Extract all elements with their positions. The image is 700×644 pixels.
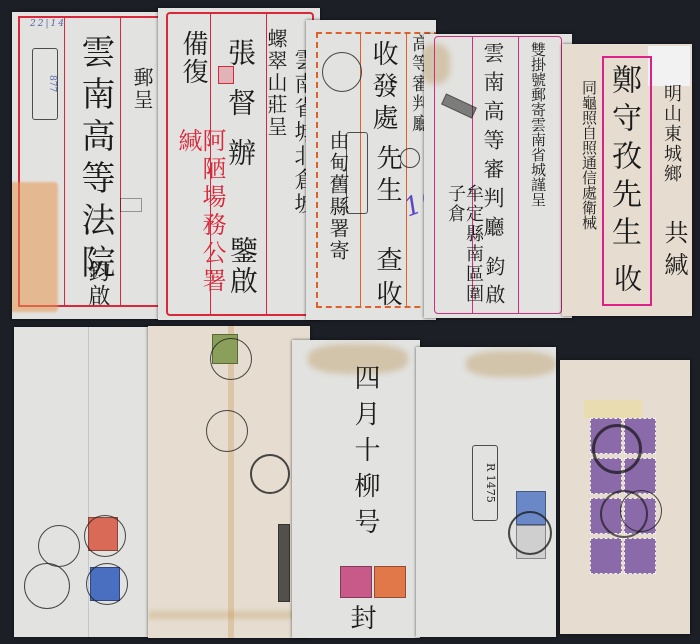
water-stain bbox=[466, 351, 556, 377]
orange-stamp bbox=[374, 566, 406, 598]
seal-character: 封 bbox=[348, 604, 374, 632]
purple-stamp bbox=[624, 538, 656, 574]
closing-column: 鈞啟 bbox=[86, 260, 108, 308]
bottom-strip bbox=[148, 612, 310, 618]
date-column: 四月十柳号 bbox=[352, 364, 378, 544]
column-divider bbox=[120, 16, 121, 307]
cover-5-back bbox=[560, 360, 690, 634]
postmark bbox=[600, 490, 648, 538]
column-divider bbox=[518, 36, 519, 314]
registered-column: 雙掛號郵寄雲南省城謹呈 bbox=[530, 42, 545, 207]
postmark-on-stamp bbox=[86, 563, 128, 605]
cover-2-back bbox=[148, 326, 310, 638]
cover-1-back bbox=[14, 327, 150, 637]
cover-5-front: 同龜照自照通信處衛械 鄭守孜先生 收 明山東城鄉 共緘 bbox=[562, 44, 692, 316]
postmark bbox=[508, 511, 552, 555]
sender-column: 明山東城鄉 bbox=[662, 84, 680, 184]
small-postmark bbox=[400, 148, 420, 168]
sender-column: 牟定縣南區圍子倉 bbox=[446, 184, 482, 318]
purple-stamp bbox=[590, 538, 622, 574]
registration-chop: 877 bbox=[32, 48, 58, 120]
registration-chop bbox=[346, 132, 368, 214]
cover-1-front: 22|14 877 郵呈 雲南高等法院 鈞啟 bbox=[12, 12, 162, 319]
postmark bbox=[38, 525, 80, 567]
postmark-on-stamp bbox=[84, 515, 126, 557]
cover-4-back: R 1475 bbox=[416, 347, 556, 637]
postmark bbox=[592, 424, 642, 474]
closing-column: 查收 bbox=[374, 246, 400, 314]
ink-chop bbox=[278, 524, 290, 602]
sender-suffix: 共緘 bbox=[662, 220, 686, 284]
column-divider bbox=[406, 32, 407, 308]
cover-3-back: 四月十柳号 封 bbox=[292, 340, 420, 638]
torn-corner bbox=[648, 46, 690, 86]
postmark bbox=[206, 410, 248, 452]
postmark bbox=[210, 338, 252, 380]
postmark bbox=[322, 52, 362, 92]
sender-column: 由甸舊縣署寄 bbox=[328, 130, 348, 262]
column-divider bbox=[64, 16, 65, 307]
closing-column: 鈞啟 bbox=[484, 256, 504, 312]
address-column: 郵呈 bbox=[132, 67, 152, 111]
orange-seal-stamp bbox=[12, 182, 58, 312]
pink-stamp bbox=[340, 566, 372, 598]
cover-2-front: 備復 阿陋場務公署緘 張督辦 鑒啟 螺翠山莊呈 雲南省城北倉坡 bbox=[158, 8, 320, 320]
addressee-column: 鄭守孜先生 bbox=[608, 64, 638, 254]
addressee-name-column: 張督辦 bbox=[226, 38, 254, 188]
closing-column: 鑒啟 bbox=[228, 236, 256, 296]
reply-mark: 備復 bbox=[180, 30, 206, 86]
sender-red-column: 阿陋場務公署緘 bbox=[176, 128, 224, 320]
postmark bbox=[24, 563, 70, 609]
postmark bbox=[250, 454, 290, 494]
addressee-column: 雲南高等法院 bbox=[78, 34, 112, 286]
addressee-column: 雲南高等審判廳 bbox=[482, 42, 503, 245]
left-address-column: 同龜照自照通信處衛械 bbox=[572, 80, 596, 230]
cover-4-front: 牟定縣南區圍子倉 雲南高等審判廳 鈞啟 雙掛號郵寄雲南省城謹呈 bbox=[424, 34, 572, 318]
office-column: 收發處 bbox=[370, 40, 396, 136]
small-chop bbox=[120, 198, 142, 212]
selvage-label bbox=[584, 400, 642, 418]
title-column: 先生 bbox=[374, 144, 400, 208]
addressee-suffix: 收 bbox=[612, 264, 640, 294]
pencil-note: 22|14 bbox=[30, 20, 66, 29]
registration-label: R 1475 bbox=[472, 445, 498, 521]
villa-column: 螺翠山莊呈 bbox=[266, 28, 286, 138]
cover-3-front: 由甸舊縣署寄 收發處 先生 查收 高等審判廳 10 bbox=[306, 20, 436, 320]
